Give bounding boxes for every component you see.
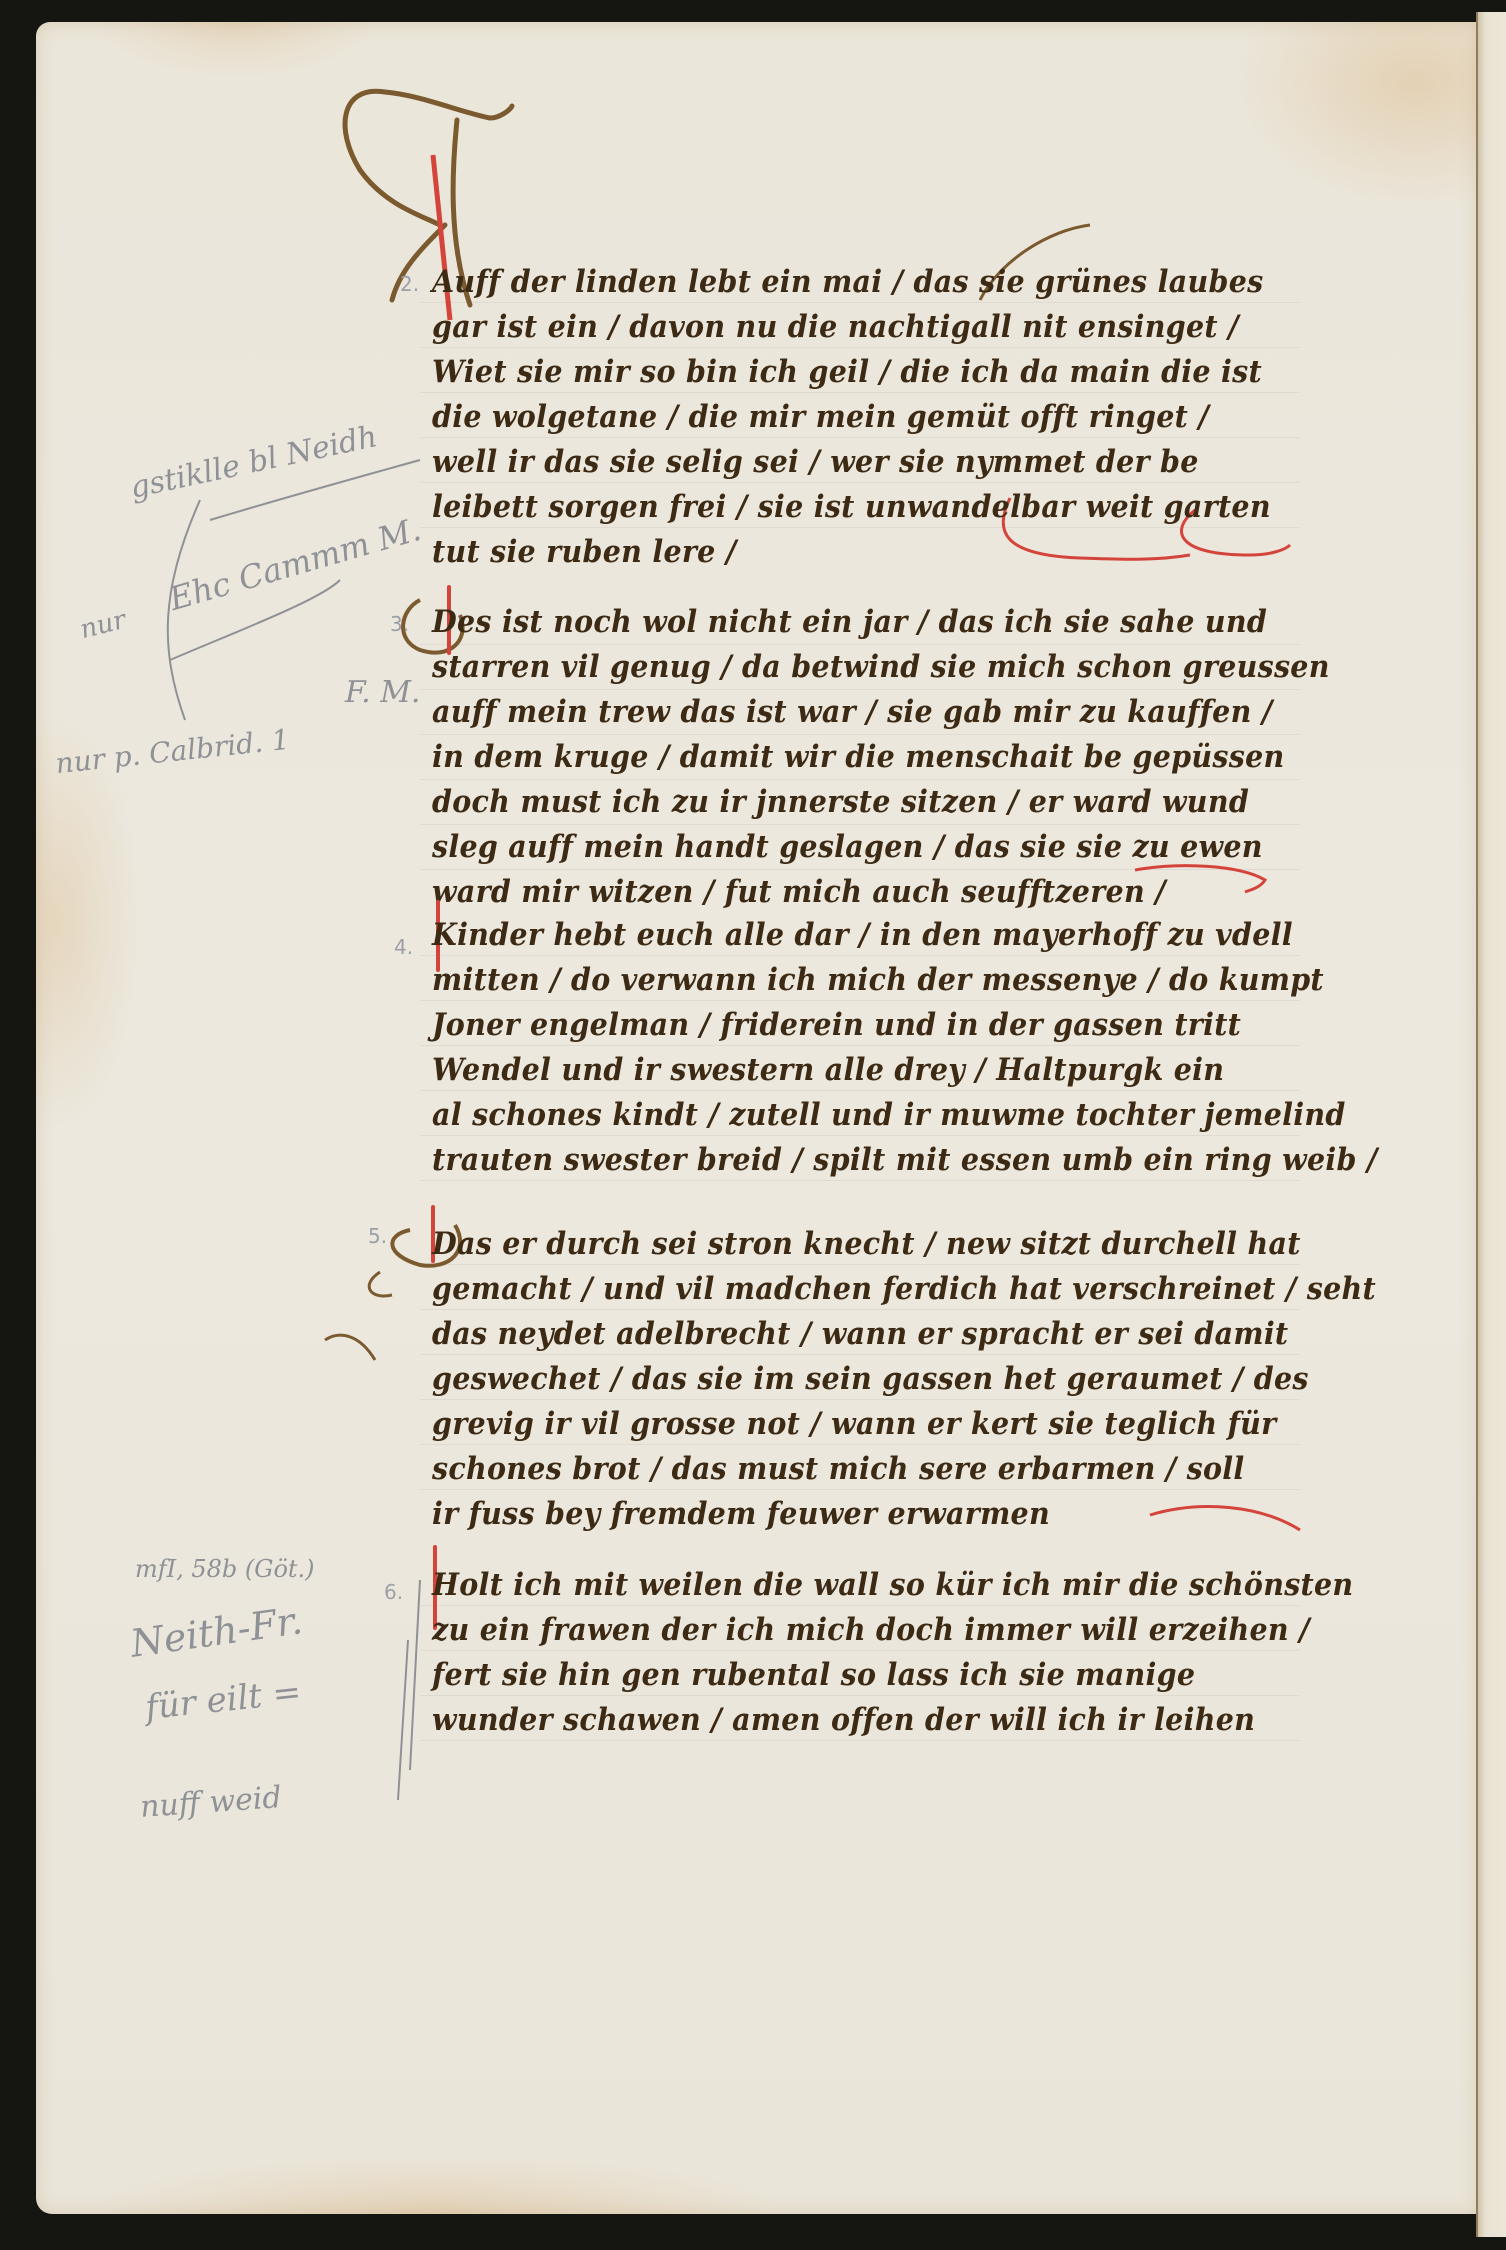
manuscript-line: leibett sorgen frei / sie ist unwandelba… <box>432 485 1260 530</box>
stanza-text: Kinder hebt euch alle dar / in den mayer… <box>432 913 1332 1183</box>
manuscript-line: Joner engelman / friderein und in der ga… <box>432 1003 1260 1048</box>
manuscript-line: trauten swester breid / spilt mit essen … <box>432 1138 1260 1183</box>
manuscript-line: gar ist ein / davon nu die nachtigall ni… <box>432 305 1260 350</box>
stanza-text: Holt ich mit weilen die wall so kür ich … <box>432 1563 1332 1743</box>
manuscript-line: grevig ir vil grosse not / wann er kert … <box>432 1402 1260 1447</box>
manuscript-line: wunder schawen / amen offen der will ich… <box>432 1698 1260 1743</box>
stanza-text: Auff der linden lebt ein mai / das sie g… <box>432 260 1332 575</box>
swash <box>325 1335 375 1360</box>
manuscript-line: Wendel und ir swestern alle drey / Haltp… <box>432 1048 1260 1093</box>
manuscript-line: die wolgetane / die mir mein gemüt offt … <box>432 395 1260 440</box>
manuscript-line: mitten / do verwann ich mich der messeny… <box>432 958 1260 1003</box>
stanza-number: 5. <box>368 1224 387 1248</box>
manuscript-line: tut sie ruben lere / <box>432 530 1260 575</box>
stanza-number: 4. <box>394 935 413 959</box>
manuscript-line: Wiet sie mir so bin ich geil / die ich d… <box>432 350 1260 395</box>
manuscript-line: gemacht / und vil madchen ferdich hat ve… <box>432 1267 1260 1312</box>
manuscript-line: ir fuss bey fremdem feuwer erwarmen <box>432 1492 1260 1537</box>
manuscript-line: fert sie hin gen rubental so lass ich si… <box>432 1653 1260 1698</box>
manuscript-line: Holt ich mit weilen die wall so kür ich … <box>432 1563 1260 1608</box>
manuscript-line: al schones kindt / zutell und ir muwme t… <box>432 1093 1260 1138</box>
manuscript-line: doch must ich zu ir jnnerste sitzen / er… <box>432 780 1260 825</box>
stanza-number: 2. <box>400 272 419 296</box>
stanza-number: 3. <box>390 612 409 636</box>
manuscript-line: Das er durch sei stron knecht / new sitz… <box>432 1222 1260 1267</box>
manuscript-line: sleg auff mein handt geslagen / das sie … <box>432 825 1260 870</box>
stanza-text: Das er durch sei stron knecht / new sitz… <box>432 1222 1332 1537</box>
manuscript-line: zu ein frawen der ich mich doch immer wi… <box>432 1608 1260 1653</box>
manuscript-line: starren vil genug / da betwind sie mich … <box>432 645 1260 690</box>
manuscript-line: auff mein trew das ist war / sie gab mir… <box>432 690 1260 735</box>
manuscript-line: Des ist noch wol nicht ein jar / das ich… <box>432 600 1260 645</box>
manuscript-line: well ir das sie selig sei / wer sie nymm… <box>432 440 1260 485</box>
manuscript-line: Kinder hebt euch alle dar / in den mayer… <box>432 913 1260 958</box>
manuscript-line: in dem kruge / damit wir die menschait b… <box>432 735 1260 780</box>
manuscript-line: das neydet adelbrecht / wann er spracht … <box>432 1312 1260 1357</box>
stanza-text: Des ist noch wol nicht ein jar / das ich… <box>432 600 1332 915</box>
manuscript-line: ward mir witzen / fut mich auch seufftze… <box>432 870 1260 915</box>
manuscript-line: schones brot / das must mich sere erbarm… <box>432 1447 1260 1492</box>
swash <box>369 1272 392 1296</box>
margin-note: mfI, 58b (Göt.) <box>135 1555 315 1583</box>
manuscript-line: geswechet / das sie im sein gassen het g… <box>432 1357 1260 1402</box>
stanza-number: 6. <box>384 1580 403 1604</box>
margin-note: F. M. <box>345 675 420 710</box>
manuscript-line: Auff der linden lebt ein mai / das sie g… <box>432 260 1260 305</box>
